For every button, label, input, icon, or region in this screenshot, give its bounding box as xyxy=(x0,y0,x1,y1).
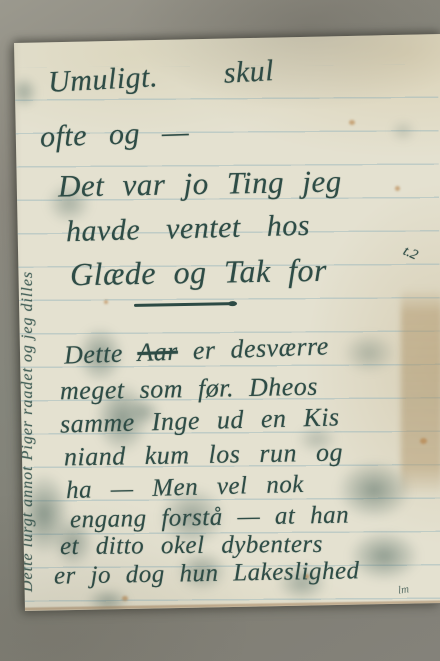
line-text: Dette xyxy=(64,338,138,370)
ink-smudge xyxy=(342,332,396,374)
handwritten-line: meget som før. Dheos xyxy=(60,372,318,406)
handwritten-line: Glæde og Tak for xyxy=(70,252,328,293)
foxing-spot xyxy=(104,300,108,304)
handwritten-line: et ditto okel dybenters xyxy=(60,531,323,561)
ink-smudge xyxy=(390,120,416,142)
manuscript-photo: Umuligt. skul ofte og — Det var jo Ting … xyxy=(0,0,440,661)
tape-stain xyxy=(401,288,440,496)
paper-shadow-wrap: Umuligt. skul ofte og — Det var jo Ting … xyxy=(0,0,440,661)
margin-note-outer: og er der stet om Søgd og igen xyxy=(0,66,17,586)
paper-sheet: Umuligt. skul ofte og — Det var jo Ting … xyxy=(0,0,440,661)
ink-smudge xyxy=(86,588,130,614)
handwritten-line: niand kum los run og xyxy=(64,438,343,473)
handwritten-line: engang forstå — at han xyxy=(70,502,350,535)
handwritten-line: havde ventet hos xyxy=(66,209,311,249)
foxing-spot xyxy=(395,186,400,191)
handwritten-line: ofte og — xyxy=(39,115,189,154)
stray-ink-mark: lm xyxy=(397,583,410,596)
handwritten-line: Det var jo Ting jeg xyxy=(58,164,342,205)
foxing-spot xyxy=(420,438,427,444)
struck-word: Aar xyxy=(137,337,178,367)
handwritten-line: er jo dog hun Lakeslighed xyxy=(54,557,360,590)
margin-note-inner: Dette lurgt annot Piger raadet og jeg di… xyxy=(19,72,37,592)
line-text: er desværre xyxy=(177,331,329,365)
foxing-spot xyxy=(122,596,128,601)
foxing-spot xyxy=(349,120,355,125)
